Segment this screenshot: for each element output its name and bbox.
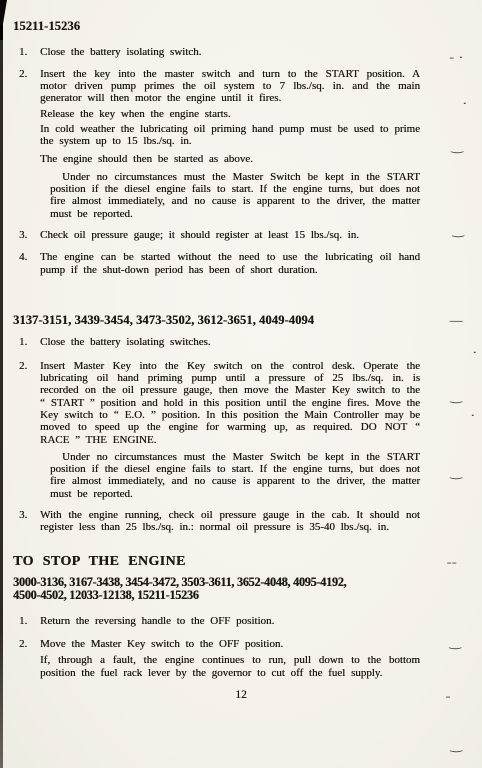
item-number: 2. — [13, 360, 40, 500]
scan-artifact: ‿ — [450, 470, 461, 480]
item-number: 3. — [13, 509, 40, 534]
scan-artifact: · — [470, 412, 474, 422]
scan-artifact: · — [472, 349, 476, 359]
instruction-text: Insert the key into the master switch an… — [40, 68, 420, 105]
instruction-text: In cold weather the lubricating oil prim… — [40, 123, 420, 148]
scan-artifact: ‿ — [452, 228, 463, 238]
scan-artifact: - · — [449, 54, 463, 64]
instruction-text: Check oil pressure gauge; it should regi… — [40, 229, 420, 241]
instruction-text: Insert Master Key into the Key switch on… — [40, 360, 420, 446]
instruction-text: Close the battery isolating switches. — [40, 336, 420, 348]
loco-range-heading-3-line-1: 3000-3136, 3167-3438, 3454-3472, 3503-36… — [13, 576, 420, 590]
loco-range-heading-1: 15211-15236 — [13, 20, 420, 34]
instruction-text: The engine should then be started as abo… — [40, 153, 420, 165]
scan-artifact: — — [449, 317, 463, 327]
item-number: 4. — [13, 251, 40, 276]
instruction-text: Close the battery isolating switch. — [40, 46, 420, 58]
list-item: 2. Insert Master Key into the Key switch… — [13, 360, 420, 500]
item-number: 3. — [13, 229, 40, 241]
instruction-text: Return the reversing handle to the OFF p… — [40, 615, 420, 627]
scan-binding-edge — [0, 0, 3, 768]
list-item: 3. Check oil pressure gauge; it should r… — [13, 229, 420, 241]
item-number: 1. — [13, 46, 40, 58]
list-item: 2. Move the Master Key switch to the OFF… — [13, 638, 420, 679]
instruction-text: Release the key when the engine starts. — [40, 108, 420, 120]
item-number: 2. — [13, 638, 40, 679]
list-item: 2. Insert the key into the master switch… — [13, 68, 420, 220]
manual-page: 15211-15236 1. Close the battery isolati… — [0, 0, 482, 768]
instruction-text: Move the Master Key switch to the OFF po… — [40, 638, 420, 650]
scan-artifact: ‿ — [450, 743, 461, 753]
instruction-text: With the engine running, check oil press… — [40, 509, 420, 534]
scan-artifact: ‿ — [449, 640, 460, 650]
item-number: 2. — [13, 68, 40, 220]
scan-artifact: ‿ — [451, 144, 462, 154]
list-item: 1. Return the reversing handle to the OF… — [13, 615, 420, 627]
page-number: 12 — [0, 689, 482, 702]
loco-range-heading-2: 3137-3151, 3439-3454, 3473-3502, 3612-36… — [13, 314, 420, 328]
instruction-text: The engine can be started without the ne… — [40, 251, 420, 276]
scan-artifact: -- — [447, 559, 457, 569]
list-item: 4. The engine can be started without the… — [13, 251, 420, 276]
scan-artifact: ‿ — [450, 394, 461, 404]
list-item: 1. Close the battery isolating switches. — [13, 336, 420, 348]
loco-range-heading-3-line-2: 4500-4502, 12033-12138, 15211-15236 — [13, 589, 420, 603]
scan-artifact: · — [462, 100, 466, 110]
item-number: 1. — [13, 615, 40, 627]
warning-paragraph: Under no circumstances must the Master S… — [50, 171, 420, 220]
list-item: 1. Close the battery isolating switch. — [13, 46, 420, 58]
item-number: 1. — [13, 336, 40, 348]
stop-engine-heading: TO STOP THE ENGINE — [13, 554, 420, 569]
list-item: 3. With the engine running, check oil pr… — [13, 509, 420, 534]
scan-corner-artifact — [0, 0, 7, 25]
scan-artifact: - — [445, 693, 450, 703]
warning-paragraph: Under no circumstances must the Master S… — [50, 451, 420, 500]
instruction-text: If, through a fault, the engine continue… — [40, 654, 420, 679]
